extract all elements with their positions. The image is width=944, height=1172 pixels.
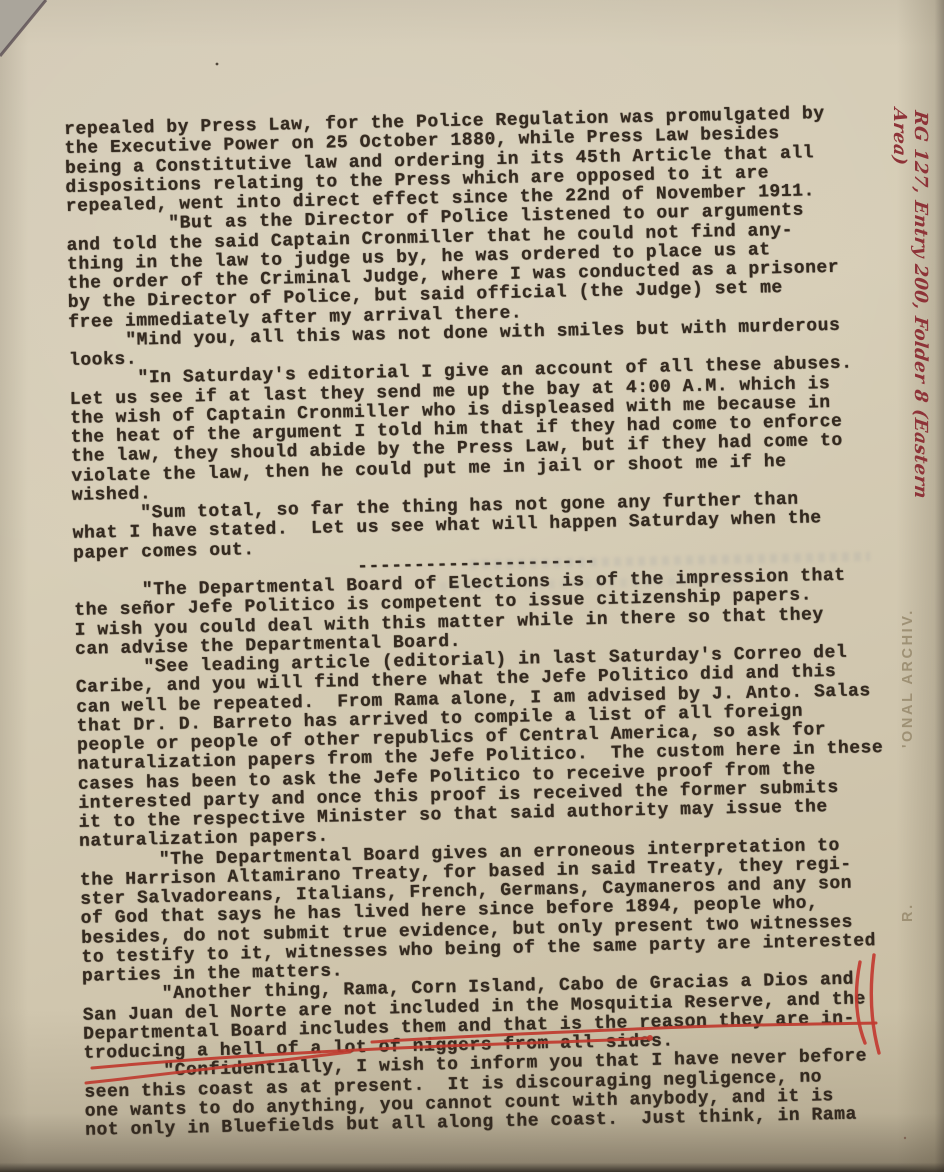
archival-citation-handwriting: RG 127, Entry 200, Folder 8 (Eastern Are…: [889, 107, 931, 522]
corner-fold: [0, 0, 46, 56]
archives-stamp-fragment: R.: [899, 878, 917, 922]
document-photo: repealed by Press Law, for the Police Re…: [0, 0, 944, 1172]
dust-speck: [904, 1137, 906, 1139]
archives-stamp-fragment: 'ONAL ARCHIV.: [899, 538, 917, 748]
corner-fold-edge: [0, 0, 46, 56]
typed-text-block: repealed by Press Law, for the Police Re…: [64, 104, 891, 1141]
dust-speck: [216, 63, 219, 66]
